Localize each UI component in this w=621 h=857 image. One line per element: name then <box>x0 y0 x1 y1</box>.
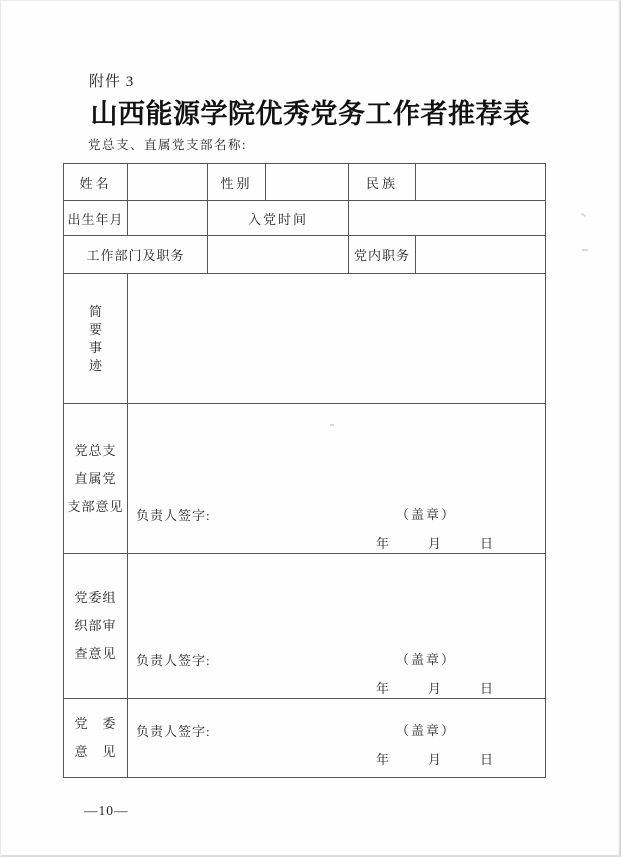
name-value-cell <box>128 164 208 201</box>
committee-opinion-label-line1: 党 委 <box>64 717 127 731</box>
work-dept-label: 工作部门及职务 <box>64 236 208 274</box>
party-join-time-label: 入党时间 <box>208 201 349 236</box>
row-branch-opinion: 党总支 直属党 支部意见 负责人签字: （盖章） 年 月 日 <box>64 404 546 554</box>
date-month-label: 月 <box>428 678 441 697</box>
recommendation-form-table: 姓名 性别 民族 出生年月 入党时间 工作部门及职务 党内职务 简 要 <box>63 163 546 778</box>
row-basic-1: 姓名 性别 民族 <box>64 164 546 201</box>
deeds-char-2: 要 <box>89 323 102 336</box>
deeds-char-1: 简 <box>89 305 102 318</box>
work-dept-value-cell <box>208 236 349 274</box>
branch-date-line: 年 月 日 <box>376 533 493 552</box>
row-basic-3: 工作部门及职务 党内职务 <box>64 236 546 274</box>
party-join-time-value-cell <box>349 201 546 236</box>
branch-seal-label: （盖章） <box>396 504 456 523</box>
row-basic-2: 出生年月 入党时间 <box>64 201 546 236</box>
deeds-label-vertical: 简 要 事 迹 <box>64 305 127 372</box>
date-year-label: 年 <box>376 749 389 768</box>
date-month-label: 月 <box>428 749 441 768</box>
deeds-label: 简 要 事 迹 <box>64 274 128 404</box>
birth-date-value-cell <box>128 201 208 236</box>
deeds-char-4: 迹 <box>89 359 102 372</box>
page-title: 山西能源学院优秀党务工作者推荐表 <box>0 92 621 131</box>
party-position-label: 党内职务 <box>349 236 416 274</box>
ethnicity-label: 民族 <box>349 164 416 201</box>
committee-opinion-label: 党 委 意 见 <box>64 699 128 778</box>
branch-opinion-label-line1: 党总支 <box>64 444 127 458</box>
date-year-label: 年 <box>376 533 389 552</box>
orgdept-opinion-label-line1: 党委组 <box>64 591 127 605</box>
party-position-value-cell <box>416 236 546 274</box>
attachment-label: 附件 3 <box>89 70 134 91</box>
org-name-label: 党总支、直属党支部名称: <box>88 135 247 153</box>
orgdept-opinion-label-line2: 织部审 <box>64 619 127 633</box>
committee-sign-label: 负责人签字: <box>136 721 211 740</box>
committee-opinion-label-line2: 意 见 <box>64 745 127 759</box>
row-deeds: 简 要 事 迹 <box>64 274 546 404</box>
scan-artifact <box>582 249 588 251</box>
birth-date-label: 出生年月 <box>64 201 128 236</box>
branch-opinion-content-cell: 负责人签字: （盖章） 年 月 日 <box>128 404 546 554</box>
gender-value-cell <box>266 164 349 201</box>
branch-opinion-label-line3: 支部意见 <box>64 500 127 514</box>
deeds-content-cell <box>128 274 546 404</box>
scan-artifact <box>330 424 334 426</box>
branch-sign-label: 负责人签字: <box>136 505 211 524</box>
branch-opinion-label-line2: 直属党 <box>64 472 127 486</box>
committee-date-line: 年 月 日 <box>376 749 493 768</box>
date-year-label: 年 <box>376 678 389 697</box>
scan-edge-left <box>0 0 1 857</box>
date-day-label: 日 <box>480 678 493 697</box>
name-label: 姓名 <box>64 164 128 201</box>
scanned-form-page: 附件 3 山西能源学院优秀党务工作者推荐表 党总支、直属党支部名称: 姓名 性别… <box>0 0 621 857</box>
date-day-label: 日 <box>480 749 493 768</box>
row-orgdept-opinion: 党委组 织部审 查意见 负责人签字: （盖章） 年 月 日 <box>64 554 546 699</box>
ethnicity-value-cell <box>416 164 546 201</box>
scan-edge-top <box>0 0 621 1</box>
page-number: —10— <box>84 803 129 819</box>
deeds-char-3: 事 <box>89 341 102 354</box>
committee-opinion-content-cell: 负责人签字: （盖章） 年 月 日 <box>128 699 546 778</box>
date-day-label: 日 <box>480 533 493 552</box>
branch-opinion-label: 党总支 直属党 支部意见 <box>64 404 128 554</box>
gender-label: 性别 <box>208 164 266 201</box>
orgdept-opinion-label: 党委组 织部审 查意见 <box>64 554 128 699</box>
date-month-label: 月 <box>428 533 441 552</box>
orgdept-opinion-content-cell: 负责人签字: （盖章） 年 月 日 <box>128 554 546 699</box>
orgdept-sign-label: 负责人签字: <box>136 650 211 669</box>
row-committee-opinion: 党 委 意 见 负责人签字: （盖章） 年 月 日 <box>64 699 546 778</box>
orgdept-opinion-label-line3: 查意见 <box>64 647 127 661</box>
orgdept-date-line: 年 月 日 <box>376 678 493 697</box>
orgdept-seal-label: （盖章） <box>396 649 456 668</box>
committee-seal-label: （盖章） <box>396 720 456 739</box>
scan-artifact <box>581 213 586 218</box>
